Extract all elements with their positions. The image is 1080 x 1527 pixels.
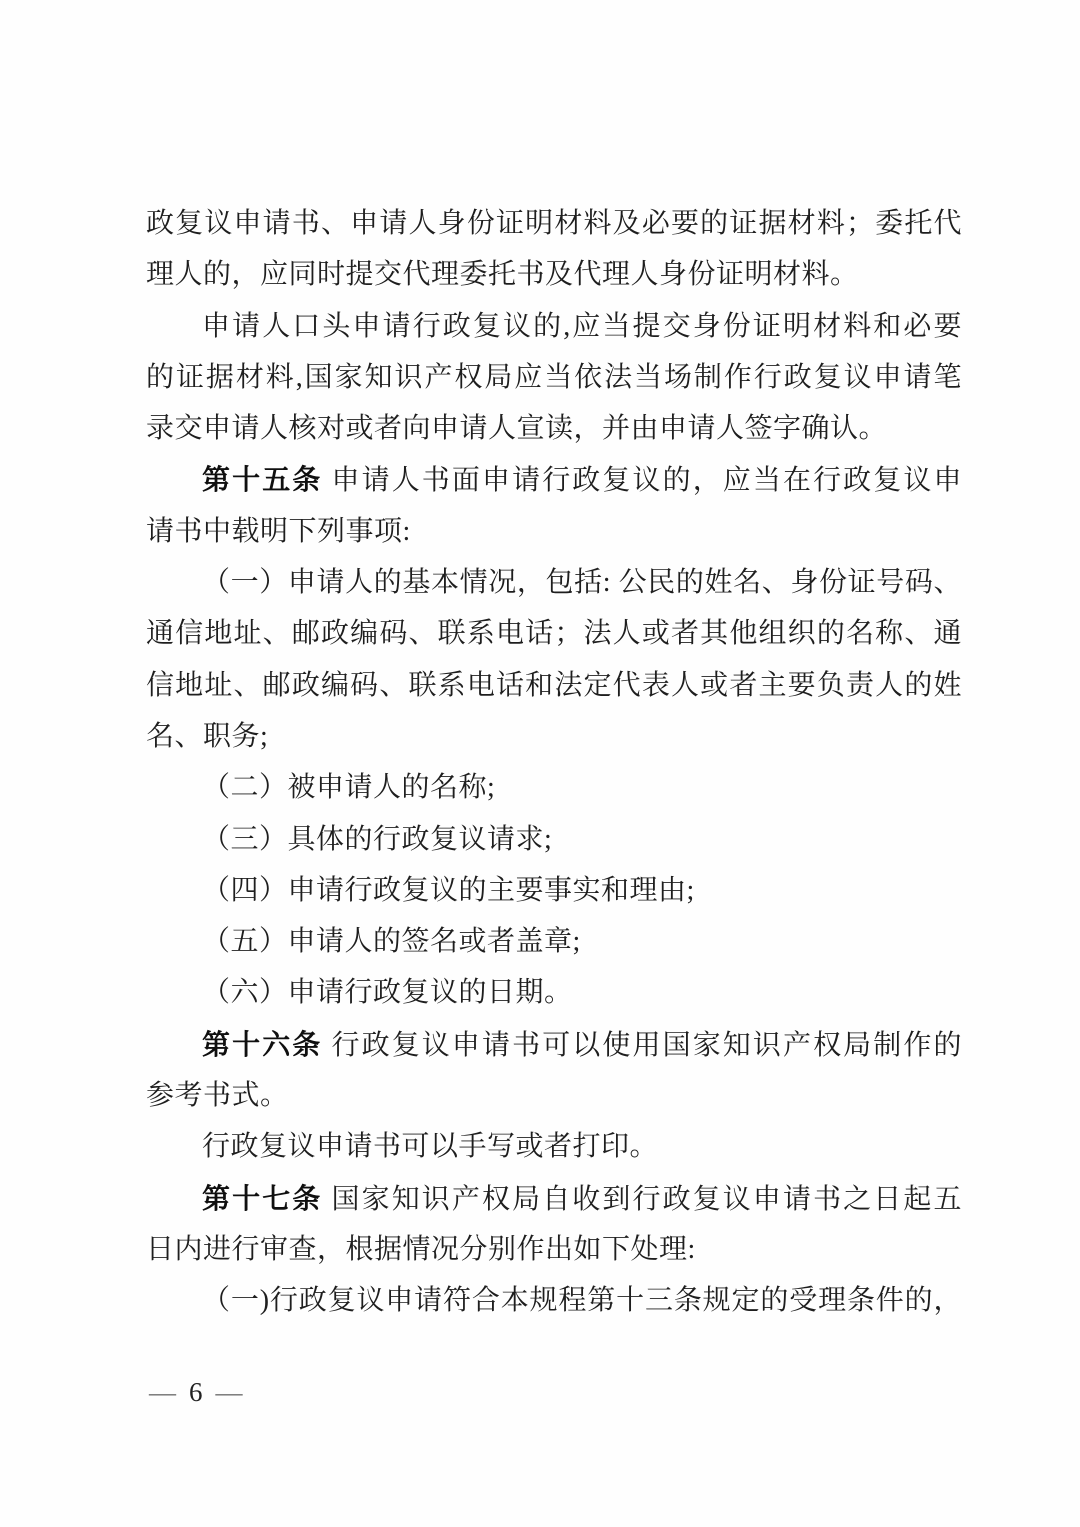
text-line: （四）申请行政复议的主要事实和理由;: [146, 865, 962, 916]
article-number: 第十六条: [202, 1029, 322, 1060]
text-line: 第十六条 行政复议申请书可以使用国家知识产权局制作的: [146, 1019, 962, 1070]
text-line: 参考书式。: [146, 1070, 962, 1121]
text-segment: 政复议申请书、申请人身份证明材料及必要的证据材料；委托代: [146, 208, 962, 239]
text-segment: （四）申请行政复议的主要事实和理由;: [202, 875, 695, 906]
text-line: （一)行政复议申请符合本规程第十三条规定的受理条件的，: [146, 1275, 962, 1326]
text-segment: （五）申请人的签名或者盖章;: [202, 926, 581, 957]
text-segment: 行政复议申请书可以使用国家知识产权局制作的: [322, 1030, 962, 1061]
para-article-15-item-1: （一）申请人的基本情况，包括: 公民的姓名、身份证号码、通信地址、邮政编码、联系…: [146, 557, 962, 762]
text-segment: 国家知识产权局自收到行政复议申请书之日起五: [322, 1184, 962, 1215]
text-segment: 信地址、邮政编码、联系电话和法定代表人或者主要负责人的姓: [146, 670, 962, 701]
text-line: 通信地址、邮政编码、联系电话；法人或者其他组织的名称、通: [146, 608, 962, 659]
text-segment: （一)行政复议申请符合本规程第十三条规定的受理条件的，: [202, 1285, 962, 1316]
text-line: 理人的，应同时提交代理委托书及代理人身份证明材料。: [146, 249, 962, 300]
para-article-16: 第十六条 行政复议申请书可以使用国家知识产权局制作的参考书式。: [146, 1019, 962, 1122]
document-content: 政复议申请书、申请人身份证明材料及必要的证据材料；委托代理人的，应同时提交代理委…: [146, 198, 962, 1327]
text-segment: 名、职务;: [146, 721, 268, 752]
text-segment: （一）申请人的基本情况，包括: 公民的姓名、身份证号码、: [202, 567, 962, 598]
article-number: 第十五条: [202, 464, 322, 495]
page-number: 6: [189, 1377, 203, 1407]
text-segment: 通信地址、邮政编码、联系电话；法人或者其他组织的名称、通: [146, 618, 962, 649]
para-article-15-item-3: （三）具体的行政复议请求;: [146, 814, 962, 865]
text-segment: （三）具体的行政复议请求;: [202, 824, 552, 855]
para-article-17: 第十七条 国家知识产权局自收到行政复议申请书之日起五日内进行审查，根据情况分别作…: [146, 1173, 962, 1276]
article-number: 第十七条: [202, 1183, 322, 1214]
text-segment: 的证据材料,国家知识产权局应当依法当场制作行政复议申请笔: [146, 362, 962, 393]
text-line: 名、职务;: [146, 711, 962, 762]
text-line: 第十七条 国家知识产权局自收到行政复议申请书之日起五: [146, 1173, 962, 1224]
text-line: （二）被申请人的名称;: [146, 762, 962, 813]
text-segment: （二）被申请人的名称;: [202, 772, 495, 803]
footer-dash-right: —: [216, 1377, 243, 1407]
text-line: 的证据材料,国家知识产权局应当依法当场制作行政复议申请笔: [146, 352, 962, 403]
para-oral-application: 申请人口头申请行政复议的,应当提交身份证明材料和必要的证据材料,国家知识产权局应…: [146, 301, 962, 455]
text-line: 日内进行审查，根据情况分别作出如下处理:: [146, 1224, 962, 1275]
para-article-15-item-6: （六）申请行政复议的日期。: [146, 967, 962, 1018]
text-segment: （六）申请行政复议的日期。: [202, 977, 573, 1008]
para-article-15: 第十五条 申请人书面申请行政复议的，应当在行政复议申请书中载明下列事项:: [146, 454, 962, 557]
text-line: 信地址、邮政编码、联系电话和法定代表人或者主要负责人的姓: [146, 660, 962, 711]
text-line: （一）申请人的基本情况，包括: 公民的姓名、身份证号码、: [146, 557, 962, 608]
text-segment: 行政复议申请书可以手写或者打印。: [202, 1131, 658, 1162]
para-continued-from-previous-page: 政复议申请书、申请人身份证明材料及必要的证据材料；委托代理人的，应同时提交代理委…: [146, 198, 962, 301]
document-page: 政复议申请书、申请人身份证明材料及必要的证据材料；委托代理人的，应同时提交代理委…: [0, 0, 1080, 1527]
text-line: 请书中载明下列事项:: [146, 506, 962, 557]
para-article-17-item-1: （一)行政复议申请符合本规程第十三条规定的受理条件的，: [146, 1275, 962, 1326]
text-line: 政复议申请书、申请人身份证明材料及必要的证据材料；委托代: [146, 198, 962, 249]
text-segment: 日内进行审查，根据情况分别作出如下处理:: [146, 1234, 696, 1265]
text-segment: 申请人书面申请行政复议的，应当在行政复议申: [322, 465, 962, 496]
text-line: （三）具体的行政复议请求;: [146, 814, 962, 865]
para-article-15-item-5: （五）申请人的签名或者盖章;: [146, 916, 962, 967]
text-line: 第十五条 申请人书面申请行政复议的，应当在行政复议申: [146, 454, 962, 505]
para-article-16-handwriting: 行政复议申请书可以手写或者打印。: [146, 1121, 962, 1172]
text-line: （六）申请行政复议的日期。: [146, 967, 962, 1018]
text-segment: 录交申请人核对或者向申请人宣读，并由申请人签字确认。: [146, 413, 887, 444]
footer-dash-left: —: [149, 1377, 176, 1407]
text-line: 申请人口头申请行政复议的,应当提交身份证明材料和必要: [146, 301, 962, 352]
para-article-15-item-2: （二）被申请人的名称;: [146, 762, 962, 813]
text-segment: 理人的，应同时提交代理委托书及代理人身份证明材料。: [146, 259, 859, 290]
page-footer: —6—: [149, 1371, 243, 1413]
text-segment: 参考书式。: [146, 1080, 289, 1111]
para-article-15-item-4: （四）申请行政复议的主要事实和理由;: [146, 865, 962, 916]
text-line: 录交申请人核对或者向申请人宣读，并由申请人签字确认。: [146, 403, 962, 454]
text-line: （五）申请人的签名或者盖章;: [146, 916, 962, 967]
text-segment: 申请人口头申请行政复议的,应当提交身份证明材料和必要: [202, 311, 962, 342]
text-segment: 请书中载明下列事项:: [146, 516, 411, 547]
text-line: 行政复议申请书可以手写或者打印。: [146, 1121, 962, 1172]
